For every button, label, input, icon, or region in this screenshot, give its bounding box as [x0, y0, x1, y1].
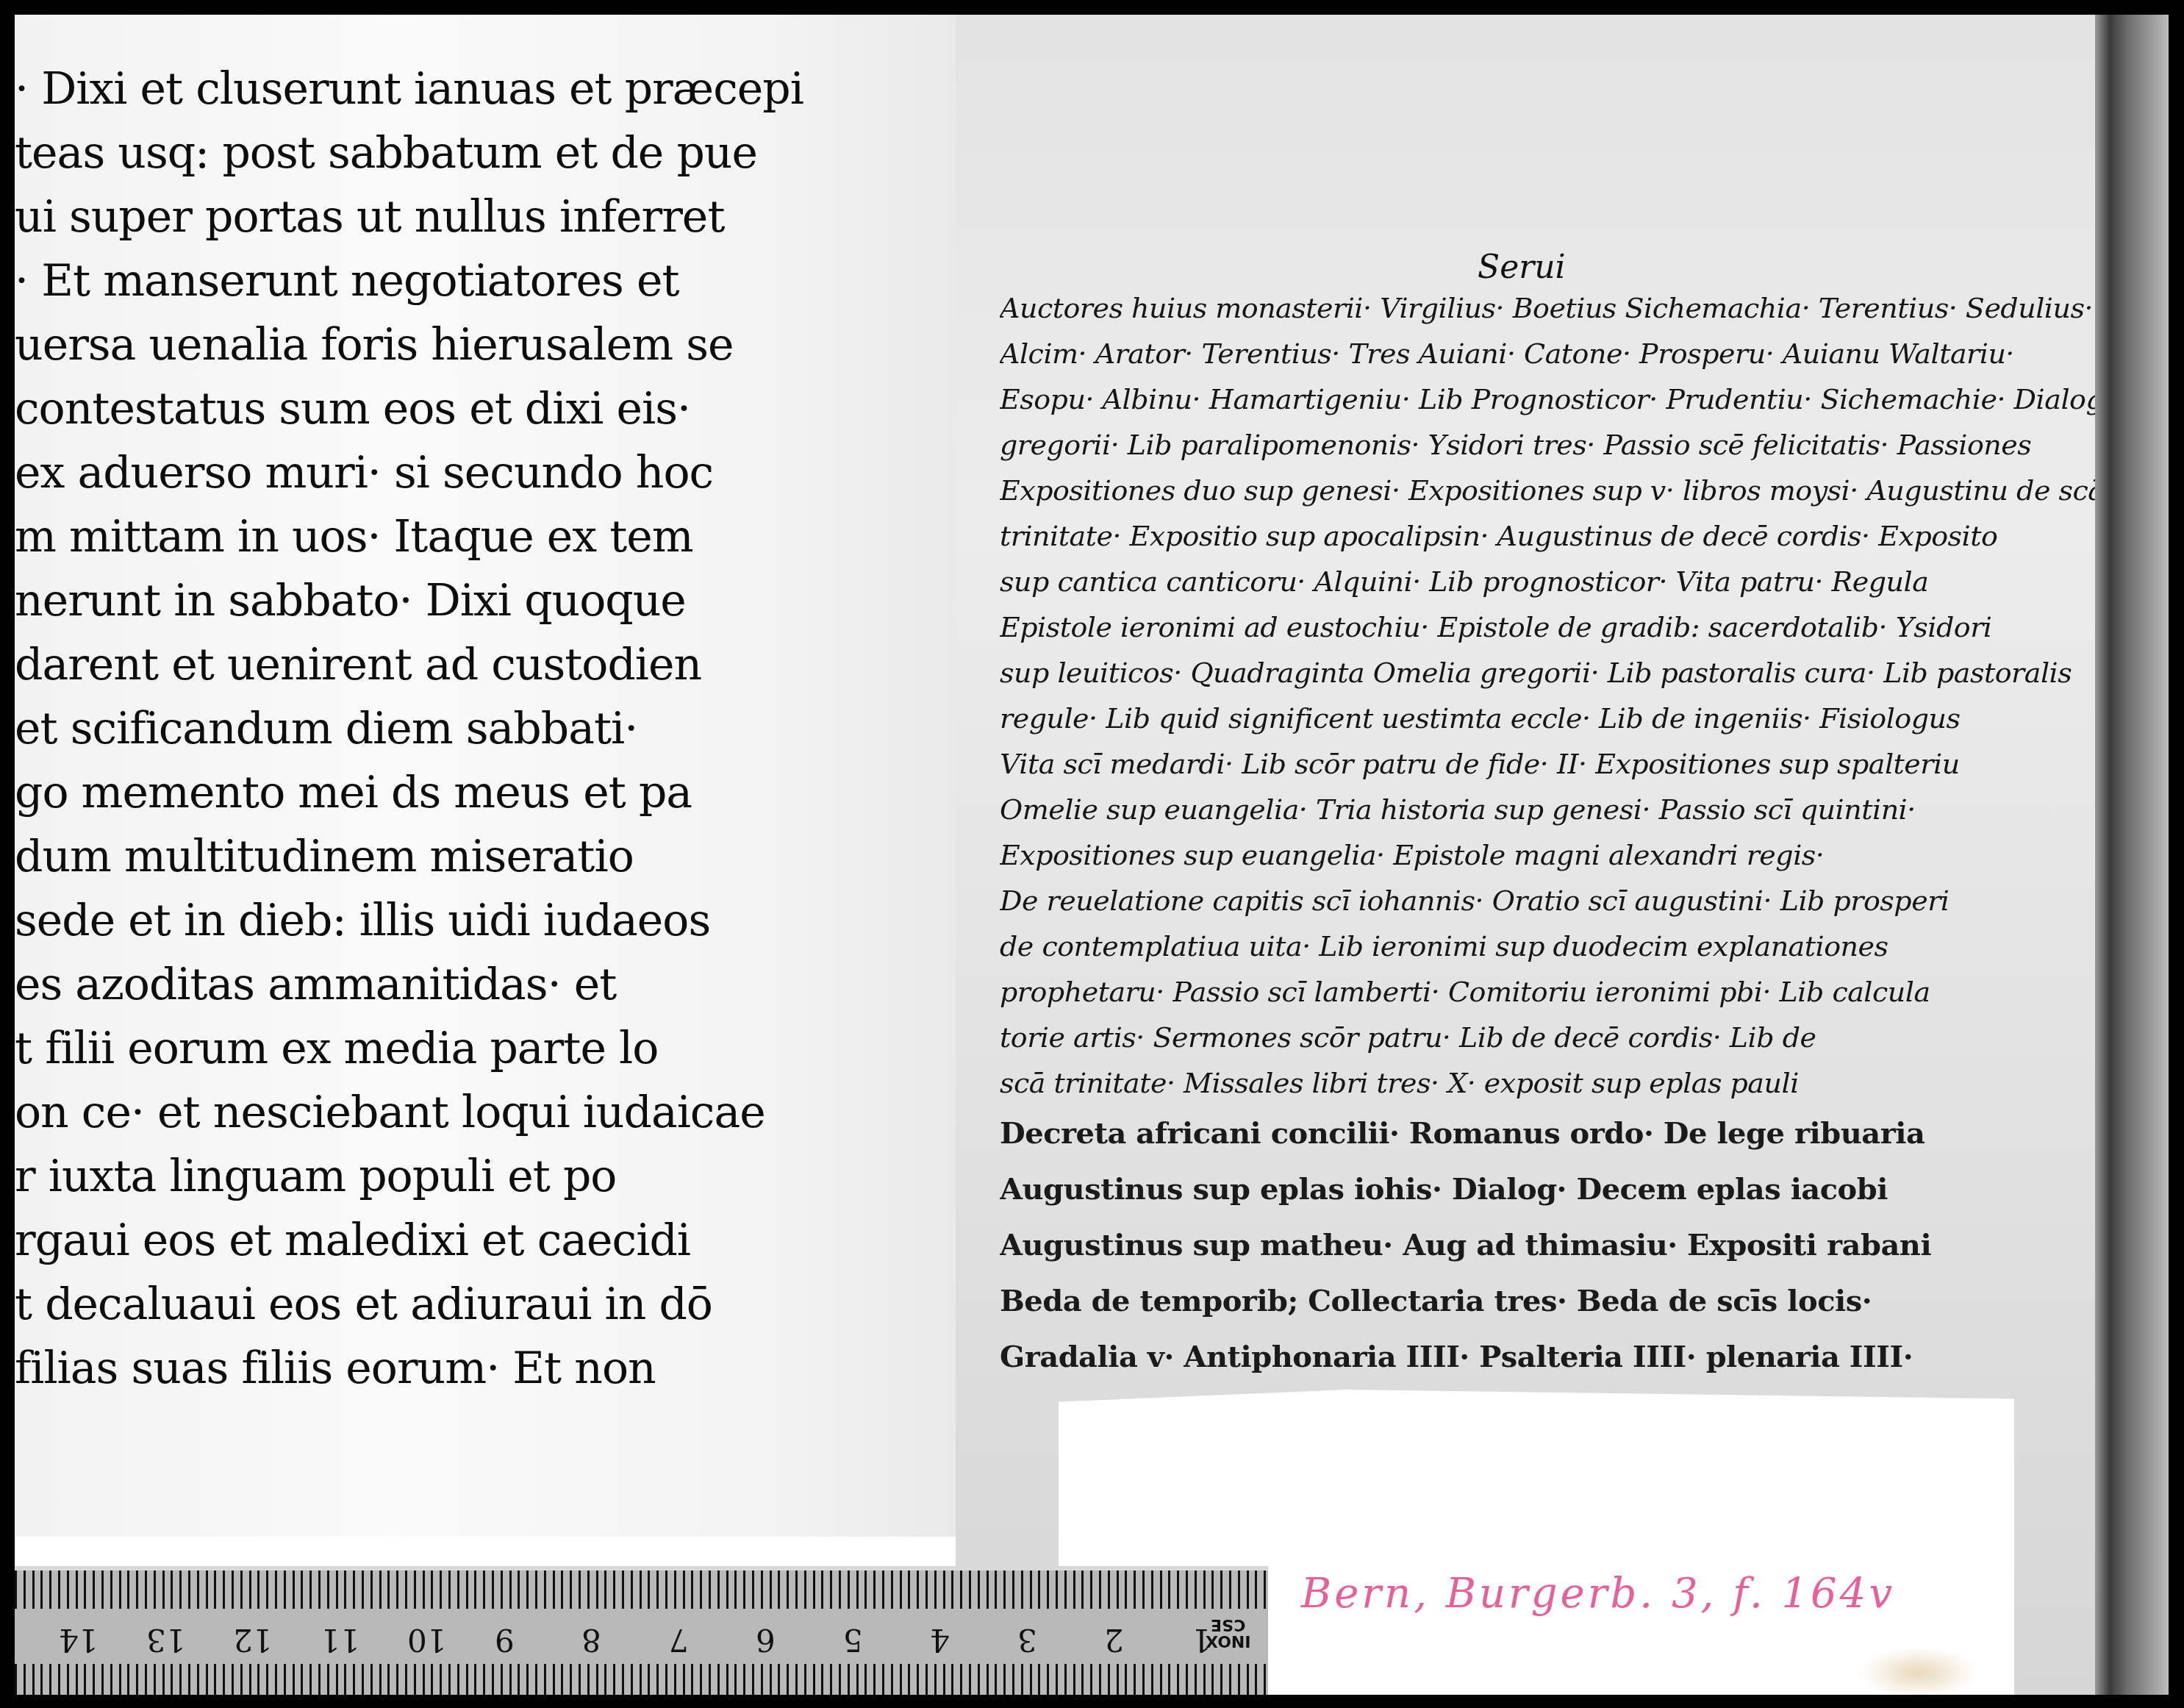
catalog-line: Gradalia v· Antiphonaria IIII· Psalteria…	[1000, 1329, 2095, 1385]
manuscript-line: nerunt in sabbato· Dixi quoque	[15, 569, 809, 633]
ruler-number: 4	[930, 1622, 950, 1658]
ruler-number: 12	[233, 1622, 272, 1658]
catalog-line: de contemplatiua uita· Lib ieronimi sup …	[1000, 923, 2095, 969]
catalog-line: Auctores huius monasterii· Virgilius· Bo…	[1000, 285, 2095, 331]
manuscript-line: uersa uenalia foris hierusalem se	[15, 313, 809, 377]
catalog-line: scā trinitate· Missales libri tres· X· e…	[1000, 1060, 2095, 1106]
photo-frame: · Dixi et cluserunt ianuas et præcepitea…	[15, 15, 2169, 1695]
shelfmark-label: Bern, Burgerb. 3, f. 164v	[1301, 1570, 1895, 1618]
manuscript-line: · Et manserunt negotiatores et	[15, 249, 809, 313]
ruler-number: 1	[1192, 1622, 1211, 1658]
manuscript-line: m mittam in uos· Itaque ex tem	[15, 505, 809, 569]
ruler-number: 9	[495, 1622, 515, 1658]
manuscript-line: darent et uenirent ad custodien	[15, 633, 809, 697]
ruler-number: 14	[59, 1622, 98, 1658]
ruler-brand-mark: CSE	[1206, 1616, 1250, 1632]
manuscript-line: go memento mei ds meus et pa	[15, 761, 809, 825]
library-catalog-list: Auctores huius monasterii· Virgilius· Bo…	[1000, 285, 2095, 1385]
ruler-brand-logo: INOX CSE	[1206, 1616, 1250, 1648]
manuscript-line: on ce· et nesciebant loqui iudaicae	[15, 1081, 809, 1145]
catalog-line: Augustinus sup matheu· Aug ad thimasiu· …	[1000, 1218, 2095, 1273]
ruler-number: 3	[1017, 1622, 1037, 1658]
page-edge-shadow	[2095, 15, 2169, 1695]
catalog-line: Expositiones sup euangelia· Epistole mag…	[1000, 832, 2095, 878]
ruler-number: 13	[146, 1622, 185, 1658]
manuscript-line: rgaui eos et maledixi et caecidi	[15, 1209, 809, 1273]
catalog-line: regule· Lib quid significent uestimta ec…	[1000, 696, 2095, 741]
catalog-line: Beda de temporib; Collectaria tres· Beda…	[1000, 1273, 2095, 1329]
catalog-line: torie artis· Sermones scōr patru· Lib de…	[1000, 1015, 2095, 1060]
catalog-line: De reuelatione capitis scī iohannis· Ora…	[1000, 878, 2095, 923]
manuscript-line: · Dixi et cluserunt ianuas et præcepi	[15, 57, 809, 121]
manuscript-line: t filii eorum ex media parte lo	[15, 1017, 809, 1081]
manuscript-line: ui super portas ut nullus inferret	[15, 185, 809, 249]
manuscript-line: sede et in dieb: illis uidi iudaeos	[15, 889, 809, 953]
catalog-line: Augustinus sup eplas iohis· Dialog· Dece…	[1000, 1162, 2095, 1218]
catalog-line: prophetaru· Passio scī lamberti· Comitor…	[1000, 969, 2095, 1015]
catalog-line: Esopu· Albinu· Hamartigeniu· Lib Prognos…	[1000, 376, 2095, 422]
catalog-line: trinitate· Expositio sup apocalipsin· Au…	[1000, 513, 2095, 559]
paper-stain	[1860, 1647, 1977, 1695]
measurement-ruler: INOX CSE 1413121110987654321	[15, 1566, 1268, 1695]
manuscript-line: contestatus sum eos et dixi eis·	[15, 377, 809, 441]
ruler-brand-text: INOX	[1206, 1632, 1250, 1648]
catalog-line: Omelie sup euangelia· Tria historia sup …	[1000, 787, 2095, 832]
ruler-number: 8	[581, 1622, 601, 1658]
catalog-line: sup cantica canticoru· Alquini· Lib prog…	[1000, 559, 2095, 604]
manuscript-line: filias suas filiis eorum· Et non	[15, 1337, 809, 1401]
catalog-line: gregorii· Lib paralipomenonis· Ysidori t…	[1000, 422, 2095, 468]
manuscript-line: t decaluaui eos et adiuraui in dō	[15, 1273, 809, 1337]
catalog-line: sup leuiticos· Quadraginta Omelia gregor…	[1000, 650, 2095, 696]
catalog-line: Epistole ieronimi ad eustochiu· Epistole…	[1000, 604, 2095, 650]
ruler-number: 6	[756, 1622, 776, 1658]
manuscript-line: dum multitudinem miseratio	[15, 825, 809, 889]
catalog-line: Vita scī medardi· Lib scōr patru de fide…	[1000, 741, 2095, 787]
ruler-ticks-top	[15, 1571, 1268, 1609]
manuscript-line: teas usq: post sabbatum et de pue	[15, 121, 809, 185]
catalog-line: Decreta africani concilii· Romanus ordo·…	[1000, 1106, 2095, 1162]
ruler-number: 11	[321, 1622, 359, 1658]
catalog-line: Alcim· Arator· Terentius· Tres Auiani· C…	[1000, 331, 2095, 376]
left-page-text: · Dixi et cluserunt ianuas et præcepitea…	[15, 57, 809, 1401]
ruler-number: 7	[669, 1622, 689, 1658]
ruler-number: 2	[1104, 1622, 1124, 1658]
catalog-heading: Serui	[1478, 249, 1566, 286]
ruler-number: 10	[407, 1622, 446, 1658]
left-manuscript-page: · Dixi et cluserunt ianuas et præcepitea…	[15, 15, 963, 1537]
manuscript-line: r iuxta linguam populi et po	[15, 1145, 809, 1209]
ruler-number: 5	[843, 1622, 863, 1658]
manuscript-line: ex aduerso muri· si secundo hoc	[15, 441, 809, 505]
manuscript-line: es azoditas ammanitidas· et	[15, 953, 809, 1017]
manuscript-line: et scificandum diem sabbati·	[15, 697, 809, 761]
ruler-ticks-bottom	[15, 1664, 1268, 1695]
catalog-line: Expositiones duo sup genesi· Expositione…	[1000, 468, 2095, 513]
